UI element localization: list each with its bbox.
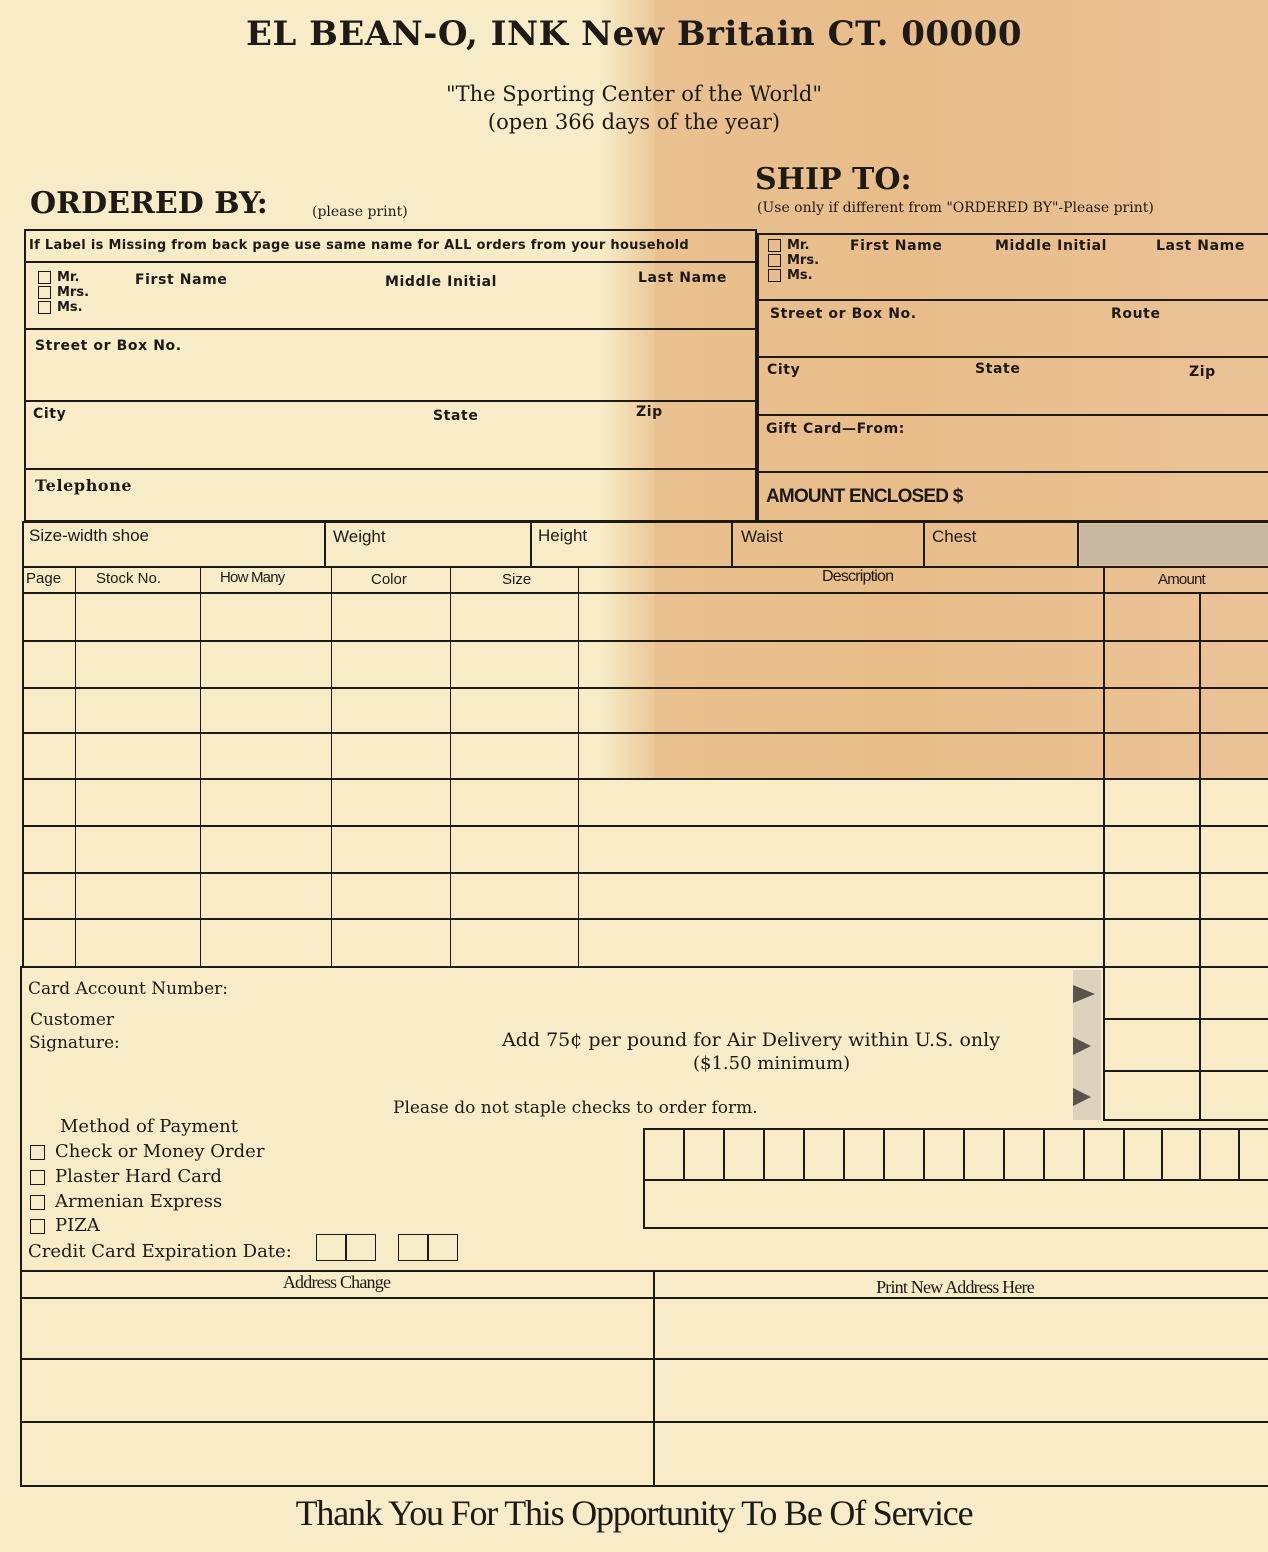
table-row[interactable] (22, 966, 1268, 968)
ordered-telephone-input[interactable] (150, 476, 750, 516)
old-address-line-2[interactable] (22, 1361, 652, 1419)
new-address-line-3[interactable] (656, 1424, 1266, 1483)
col-size: Size (502, 571, 531, 588)
chest-label: Chest (932, 527, 976, 547)
ordered-street-label: Street or Box No. (35, 338, 182, 354)
ship-middle-initial-label: Middle Initial (995, 238, 1107, 254)
company-title: EL BEAN-O, INK New Britain CT. 00000 (0, 14, 1268, 54)
ship-first-name-label: First Name (850, 238, 942, 254)
ordered-telephone-label: Telephone (35, 476, 132, 495)
checkbox[interactable] (38, 271, 51, 284)
card-account-extra-input[interactable] (645, 1181, 1265, 1227)
table-row[interactable] (22, 640, 1268, 642)
ordered-by-heading: ORDERED BY: (30, 186, 268, 221)
ordered-city-state-zip-input[interactable] (30, 428, 750, 464)
address-change-heading: Address Change (20, 1272, 653, 1293)
total-row[interactable] (1103, 1070, 1268, 1072)
shaded-unused-cell (1080, 524, 1268, 565)
table-row[interactable] (22, 825, 1268, 827)
ordered-street-input[interactable] (30, 358, 750, 396)
arrow-right-icon (1073, 1088, 1091, 1106)
ship-city-label: City (767, 362, 800, 378)
tagline: "The Sporting Center of the World" (0, 82, 1268, 106)
table-row[interactable] (22, 918, 1268, 920)
ship-to-note: (Use only if different from "ORDERED BY"… (757, 200, 1154, 216)
old-address-line-1[interactable] (22, 1300, 652, 1356)
exp-month-digit-2[interactable] (346, 1234, 376, 1261)
height-label: Height (538, 526, 587, 546)
weight-label: Weight (333, 527, 386, 547)
arrow-right-icon (1073, 1037, 1091, 1055)
ship-to-title-options: Mr. Mrs. Ms. (768, 238, 819, 283)
col-color: Color (371, 571, 407, 588)
ordered-last-name-label: Last Name (638, 270, 727, 286)
subtagline: (open 366 days of the year) (0, 110, 1268, 134)
label-missing-note: If Label is Missing from back page use s… (29, 238, 689, 253)
table-row[interactable] (22, 778, 1268, 780)
col-amount: Amount (1158, 571, 1205, 588)
ship-street-label: Street or Box No. (770, 306, 917, 322)
card-account-label: Card Account Number: (28, 979, 228, 999)
table-row[interactable] (22, 872, 1268, 874)
checkbox[interactable] (768, 254, 781, 267)
checkbox[interactable] (30, 1195, 45, 1210)
total-row[interactable] (1103, 1119, 1268, 1121)
expiration-label: Credit Card Expiration Date: (28, 1241, 292, 1262)
table-row[interactable] (22, 687, 1268, 689)
col-how-many: How Many (220, 569, 284, 586)
ordered-by-title-options: Mr. Mrs. Ms. (38, 270, 89, 315)
exp-year-digit-1[interactable] (398, 1234, 428, 1261)
col-stock-no: Stock No. (96, 570, 161, 587)
ship-route-label: Route (1111, 306, 1161, 322)
checkbox[interactable] (768, 269, 781, 282)
ship-zip-label: Zip (1189, 364, 1216, 380)
ship-state-label: State (975, 361, 1020, 377)
ordered-middle-initial-label: Middle Initial (385, 274, 497, 290)
col-description: Description (822, 568, 893, 586)
total-row[interactable] (1103, 1018, 1268, 1020)
ship-last-name-label: Last Name (1156, 238, 1245, 254)
gift-card-label: Gift Card—From: (766, 421, 905, 437)
col-page: Page (26, 570, 61, 587)
payment-method-heading: Method of Payment (60, 1116, 238, 1137)
ship-title-mr[interactable]: Mr. (768, 238, 819, 253)
payment-option-armenian[interactable]: Armenian Express (30, 1191, 222, 1212)
ship-title-ms[interactable]: Ms. (768, 268, 819, 283)
new-address-line-2[interactable] (656, 1361, 1266, 1419)
amount-enclosed-label: AMOUNT ENCLOSED $ (766, 486, 962, 508)
checkbox[interactable] (38, 301, 51, 314)
ship-street-input[interactable] (765, 326, 1265, 354)
shoe-size-label: Size-width shoe (29, 526, 149, 546)
checkbox[interactable] (768, 239, 781, 252)
air-delivery-note: Add 75¢ per pound for Air Delivery withi… (502, 1029, 1000, 1051)
payment-option-piza[interactable]: PIZA (30, 1215, 100, 1236)
card-account-input[interactable] (645, 1130, 1265, 1178)
checkbox[interactable] (38, 286, 51, 299)
ship-name-input[interactable] (840, 258, 1265, 296)
ship-to-heading: SHIP TO: (755, 162, 912, 197)
payment-option-plaster[interactable]: Plaster Hard Card (30, 1166, 222, 1187)
title-mrs[interactable]: Mrs. (38, 285, 89, 300)
ordered-zip-label: Zip (636, 404, 663, 420)
signature-input[interactable] (140, 1030, 480, 1060)
checkbox[interactable] (30, 1145, 45, 1160)
staple-note: Please do not staple checks to order for… (393, 1098, 758, 1118)
exp-year-digit-2[interactable] (428, 1234, 458, 1261)
air-delivery-minimum: ($1.50 minimum) (693, 1053, 850, 1074)
checkbox[interactable] (30, 1219, 45, 1234)
ship-city-state-zip-input[interactable] (765, 384, 1265, 412)
signature-label-2: Signature: (29, 1033, 120, 1053)
new-address-heading: Print New Address Here (655, 1277, 1255, 1298)
old-address-line-3[interactable] (22, 1424, 652, 1483)
signature-label-1: Customer (30, 1010, 114, 1030)
ordered-first-name-label: First Name (135, 272, 227, 288)
amount-enclosed-input[interactable] (1000, 478, 1265, 518)
ordered-by-note: (please print) (312, 204, 408, 220)
footer-thank-you: Thank You For This Opportunity To Be Of … (0, 1492, 1268, 1534)
title-ms[interactable]: Ms. (38, 300, 89, 315)
gift-card-input[interactable] (930, 421, 1265, 465)
ordered-state-label: State (433, 408, 478, 424)
arrow-right-icon (1073, 985, 1095, 1003)
checkbox[interactable] (30, 1170, 45, 1185)
ordered-city-label: City (33, 406, 66, 422)
title-mr[interactable]: Mr. (38, 270, 89, 285)
new-address-line-1[interactable] (656, 1300, 1266, 1356)
payment-option-check[interactable]: Check or Money Order (30, 1141, 264, 1162)
waist-label: Waist (741, 527, 783, 547)
ordered-name-input[interactable] (110, 292, 750, 326)
ship-title-mrs[interactable]: Mrs. (768, 253, 819, 268)
exp-month-digit-1[interactable] (316, 1234, 346, 1261)
table-row[interactable] (22, 732, 1268, 734)
